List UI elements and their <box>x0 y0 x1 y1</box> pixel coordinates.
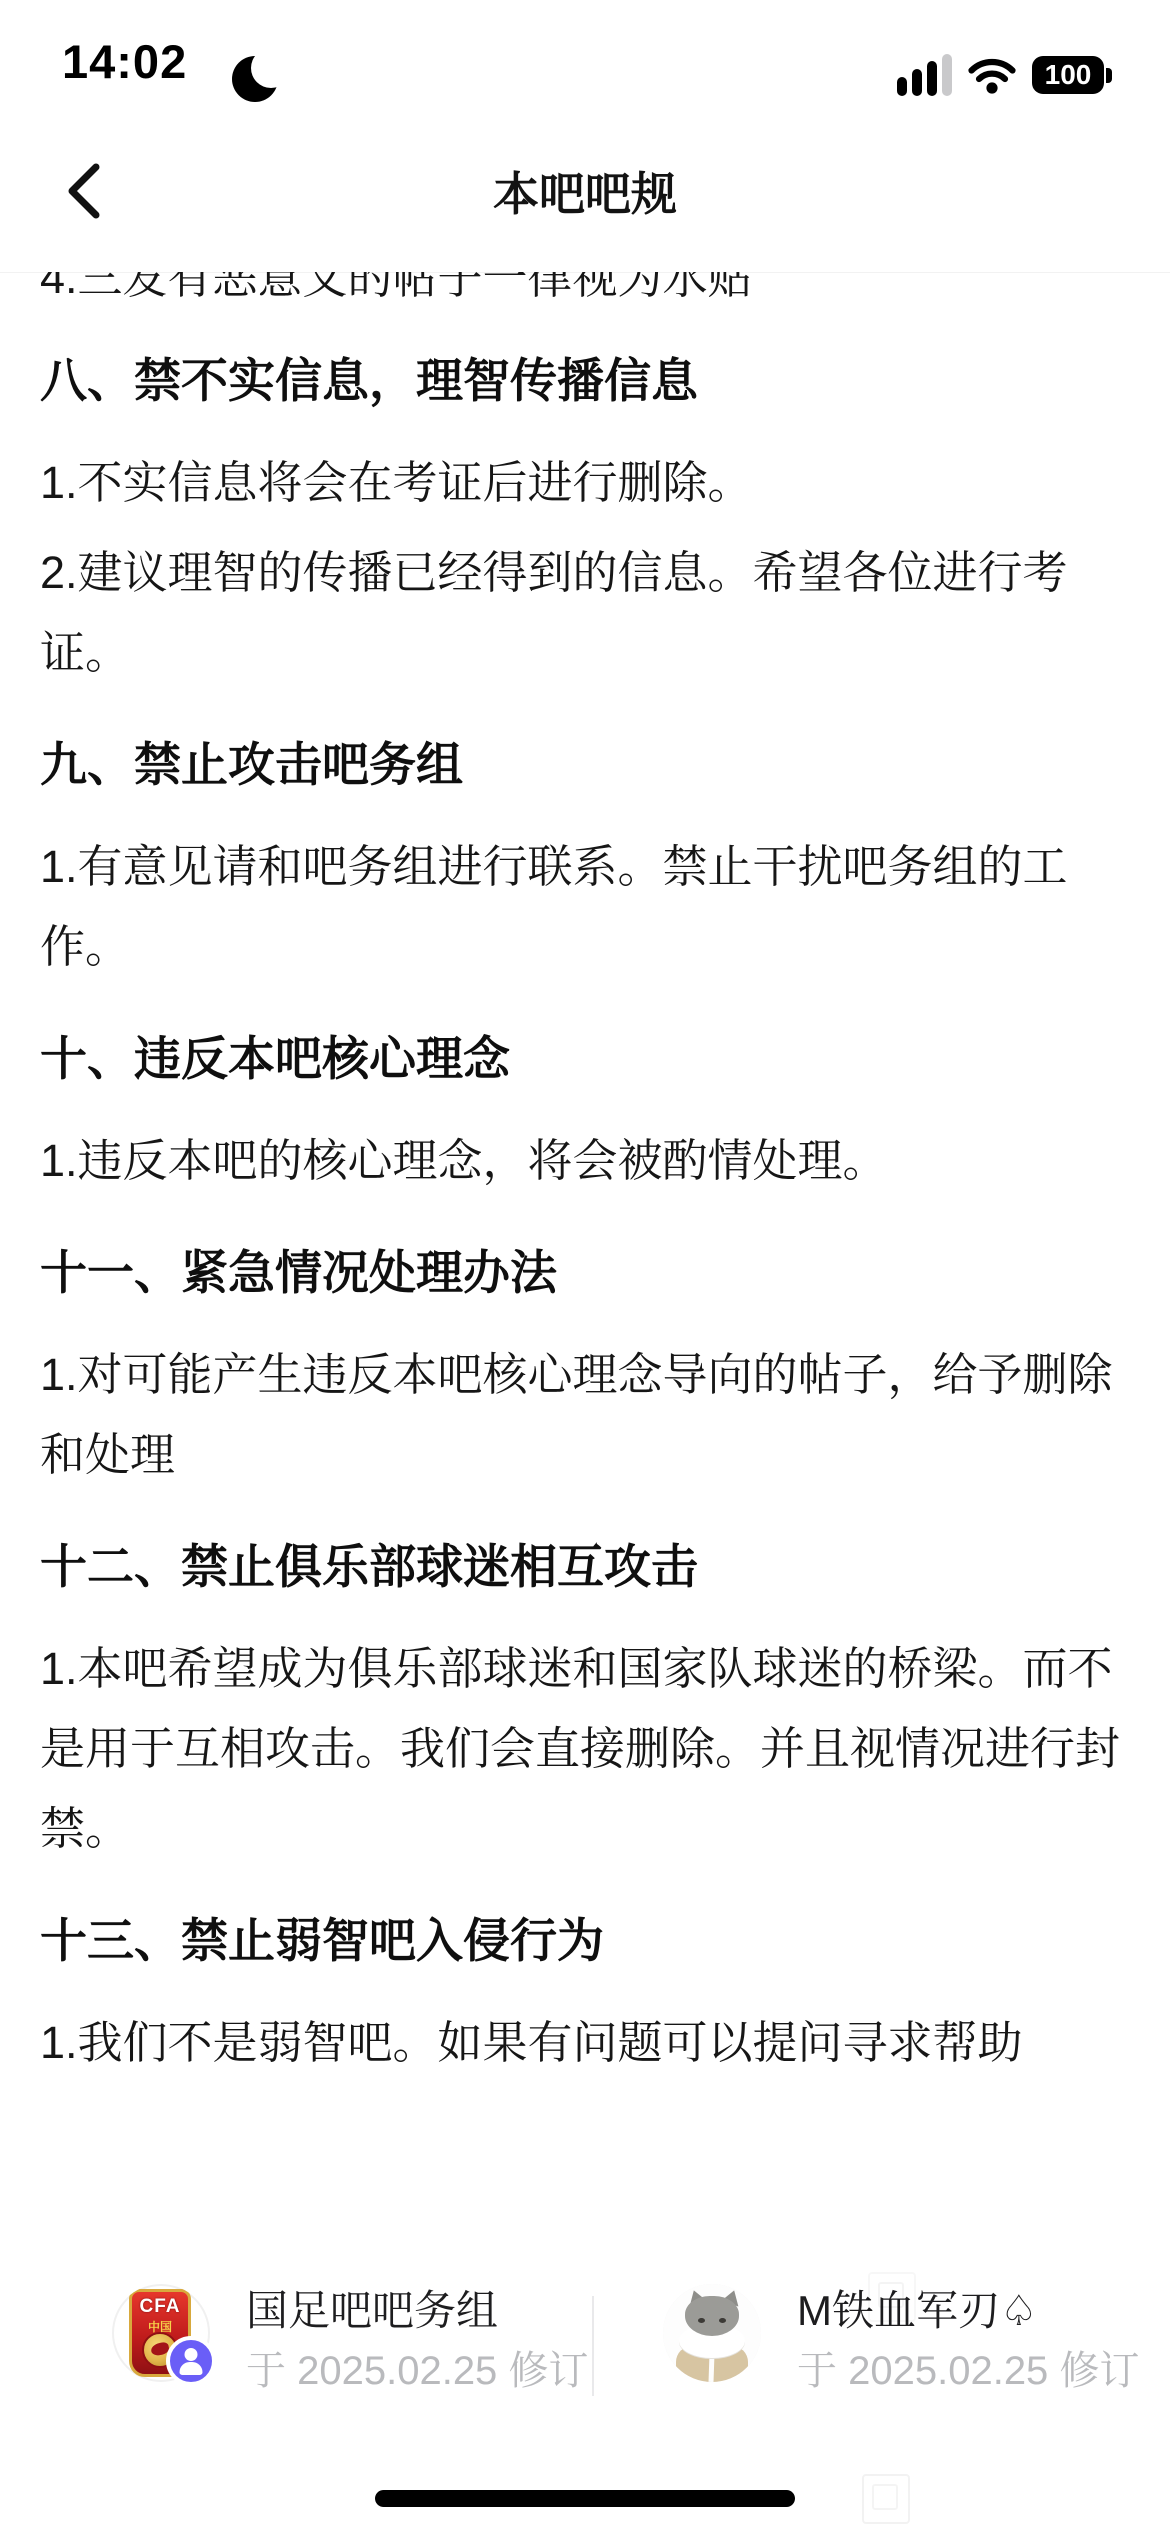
editor-name[interactable]: M铁血军刃♤ <box>797 2286 1139 2336</box>
content-scroll[interactable]: 4.三发有恶意义的帖子一律视为水贴 八、禁不实信息，理智传播信息1.不实信息将会… <box>0 0 1170 2127</box>
cellular-signal-icon <box>897 54 952 96</box>
rules-section: 八、禁不实信息，理智传播信息1.不实信息将会在考证后进行删除。2.建议理智的传播… <box>40 353 1136 693</box>
section-heading: 十一、紧急情况处理办法 <box>40 1245 1136 1301</box>
cat-eye <box>698 2318 705 2323</box>
rule-line: 禁。 <box>40 1789 1136 1869</box>
rule-line: 1.违反本吧的核心理念，将会被酌情处理。 <box>40 1121 1136 1201</box>
wifi-icon <box>968 55 1016 95</box>
person-icon <box>185 2348 198 2361</box>
battery-nub <box>1106 68 1112 83</box>
section-heading: 十、违反本吧核心理念 <box>40 1031 1136 1087</box>
rule-paragraph: 2.建议理智的传播已经得到的信息。希望各位进行考证。 <box>40 533 1136 693</box>
avatar-cfa-badge[interactable]: CFA 中国 <box>112 2284 210 2382</box>
rule-line: 2.建议理智的传播已经得到的信息。希望各位进行考 <box>40 533 1136 613</box>
editor-revision-date: 于 2025.02.25 修订 <box>797 2348 1139 2394</box>
rule-paragraph: 1.我们不是弱智吧。如果有问题可以提问寻求帮助 <box>40 2003 1136 2083</box>
rules-section: 九、禁止攻击吧务组1.有意见请和吧务组进行联系。禁止干扰吧务组的工作。 <box>40 737 1136 987</box>
rule-line: 是用于互相攻击。我们会直接删除。并且视情况进行封 <box>40 1709 1136 1789</box>
battery-icon: 100 <box>1032 56 1106 96</box>
cat-eye <box>719 2318 726 2323</box>
rule-paragraph: 1.有意见请和吧务组进行联系。禁止干扰吧务组的工作。 <box>40 827 1136 987</box>
rule-paragraph: 1.违反本吧的核心理念，将会被酌情处理。 <box>40 1121 1136 1201</box>
phone-screen: 4.三发有恶意义的帖子一律视为水贴 八、禁不实信息，理智传播信息1.不实信息将会… <box>0 0 1170 2532</box>
clock-label: 14:02 <box>62 34 187 89</box>
rules-section: 十、违反本吧核心理念1.违反本吧的核心理念，将会被酌情处理。 <box>40 1031 1136 1201</box>
rule-line: 1.我们不是弱智吧。如果有问题可以提问寻求帮助 <box>40 2003 1136 2083</box>
rule-paragraph: 1.对可能产生违反本吧核心理念导向的帖子，给予删除和处理 <box>40 1335 1136 1495</box>
cat-illustration <box>663 2284 761 2382</box>
footer-divider <box>592 2296 594 2396</box>
editor-name[interactable]: 国足吧吧务组 <box>246 2286 588 2336</box>
bawu-badge-icon <box>166 2336 216 2386</box>
avatar-cat[interactable] <box>663 2284 761 2382</box>
rule-line: 1.本吧希望成为俱乐部球迷和国家队球迷的桥梁。而不 <box>40 1629 1136 1709</box>
section-heading: 九、禁止攻击吧务组 <box>40 737 1136 793</box>
editor-revision-date: 于 2025.02.25 修订 <box>246 2348 588 2394</box>
rule-paragraph: 1.本吧希望成为俱乐部球迷和国家队球迷的桥梁。而不是用于互相攻击。我们会直接删除… <box>40 1629 1136 1869</box>
page-title: 本吧吧规 <box>0 110 1170 272</box>
watermark <box>868 2272 916 2322</box>
nav-bar: 本吧吧规 <box>0 110 1170 272</box>
rules-sections: 八、禁不实信息，理智传播信息1.不实信息将会在考证后进行删除。2.建议理智的传播… <box>40 353 1136 2083</box>
rule-line: 1.对可能产生违反本吧核心理念导向的帖子，给予删除 <box>40 1335 1136 1415</box>
watermark <box>862 2474 910 2524</box>
header: 14:02 100 本吧吧规 <box>0 0 1170 272</box>
rules-section: 十一、紧急情况处理办法1.对可能产生违反本吧核心理念导向的帖子，给予删除和处理 <box>40 1245 1136 1495</box>
home-indicator[interactable] <box>375 2490 795 2507</box>
section-heading: 十二、禁止俱乐部球迷相互攻击 <box>40 1539 1136 1595</box>
rule-paragraph: 1.不实信息将会在考证后进行删除。 <box>40 443 1136 523</box>
battery-level: 100 <box>1045 59 1092 91</box>
rule-line: 证。 <box>40 613 1136 693</box>
rules-section: 十三、禁止弱智吧入侵行为1.我们不是弱智吧。如果有问题可以提问寻求帮助 <box>40 1913 1136 2083</box>
do-not-disturb-moon-icon <box>232 50 288 106</box>
back-chevron-icon <box>60 160 106 222</box>
rules-section: 十二、禁止俱乐部球迷相互攻击1.本吧希望成为俱乐部球迷和国家队球迷的桥梁。而不是… <box>40 1539 1136 1869</box>
section-heading: 八、禁不实信息，理智传播信息 <box>40 353 1136 409</box>
section-heading: 十三、禁止弱智吧入侵行为 <box>40 1913 1136 1969</box>
rule-line: 1.有意见请和吧务组进行联系。禁止干扰吧务组的工 <box>40 827 1136 907</box>
status-bar: 14:02 100 <box>0 0 1170 110</box>
back-button[interactable] <box>60 136 160 246</box>
cat-head <box>685 2296 739 2336</box>
rule-line: 1.不实信息将会在考证后进行删除。 <box>40 443 1136 523</box>
cfa-logo-text: CFA <box>132 2296 188 2318</box>
status-icons: 100 <box>897 54 1106 96</box>
rule-line: 和处理 <box>40 1415 1136 1495</box>
editor-entry-bawu-group[interactable]: CFA 中国 国足吧吧务组 于 2025.02.25 修订 <box>112 2284 588 2394</box>
rule-line: 作。 <box>40 907 1136 987</box>
